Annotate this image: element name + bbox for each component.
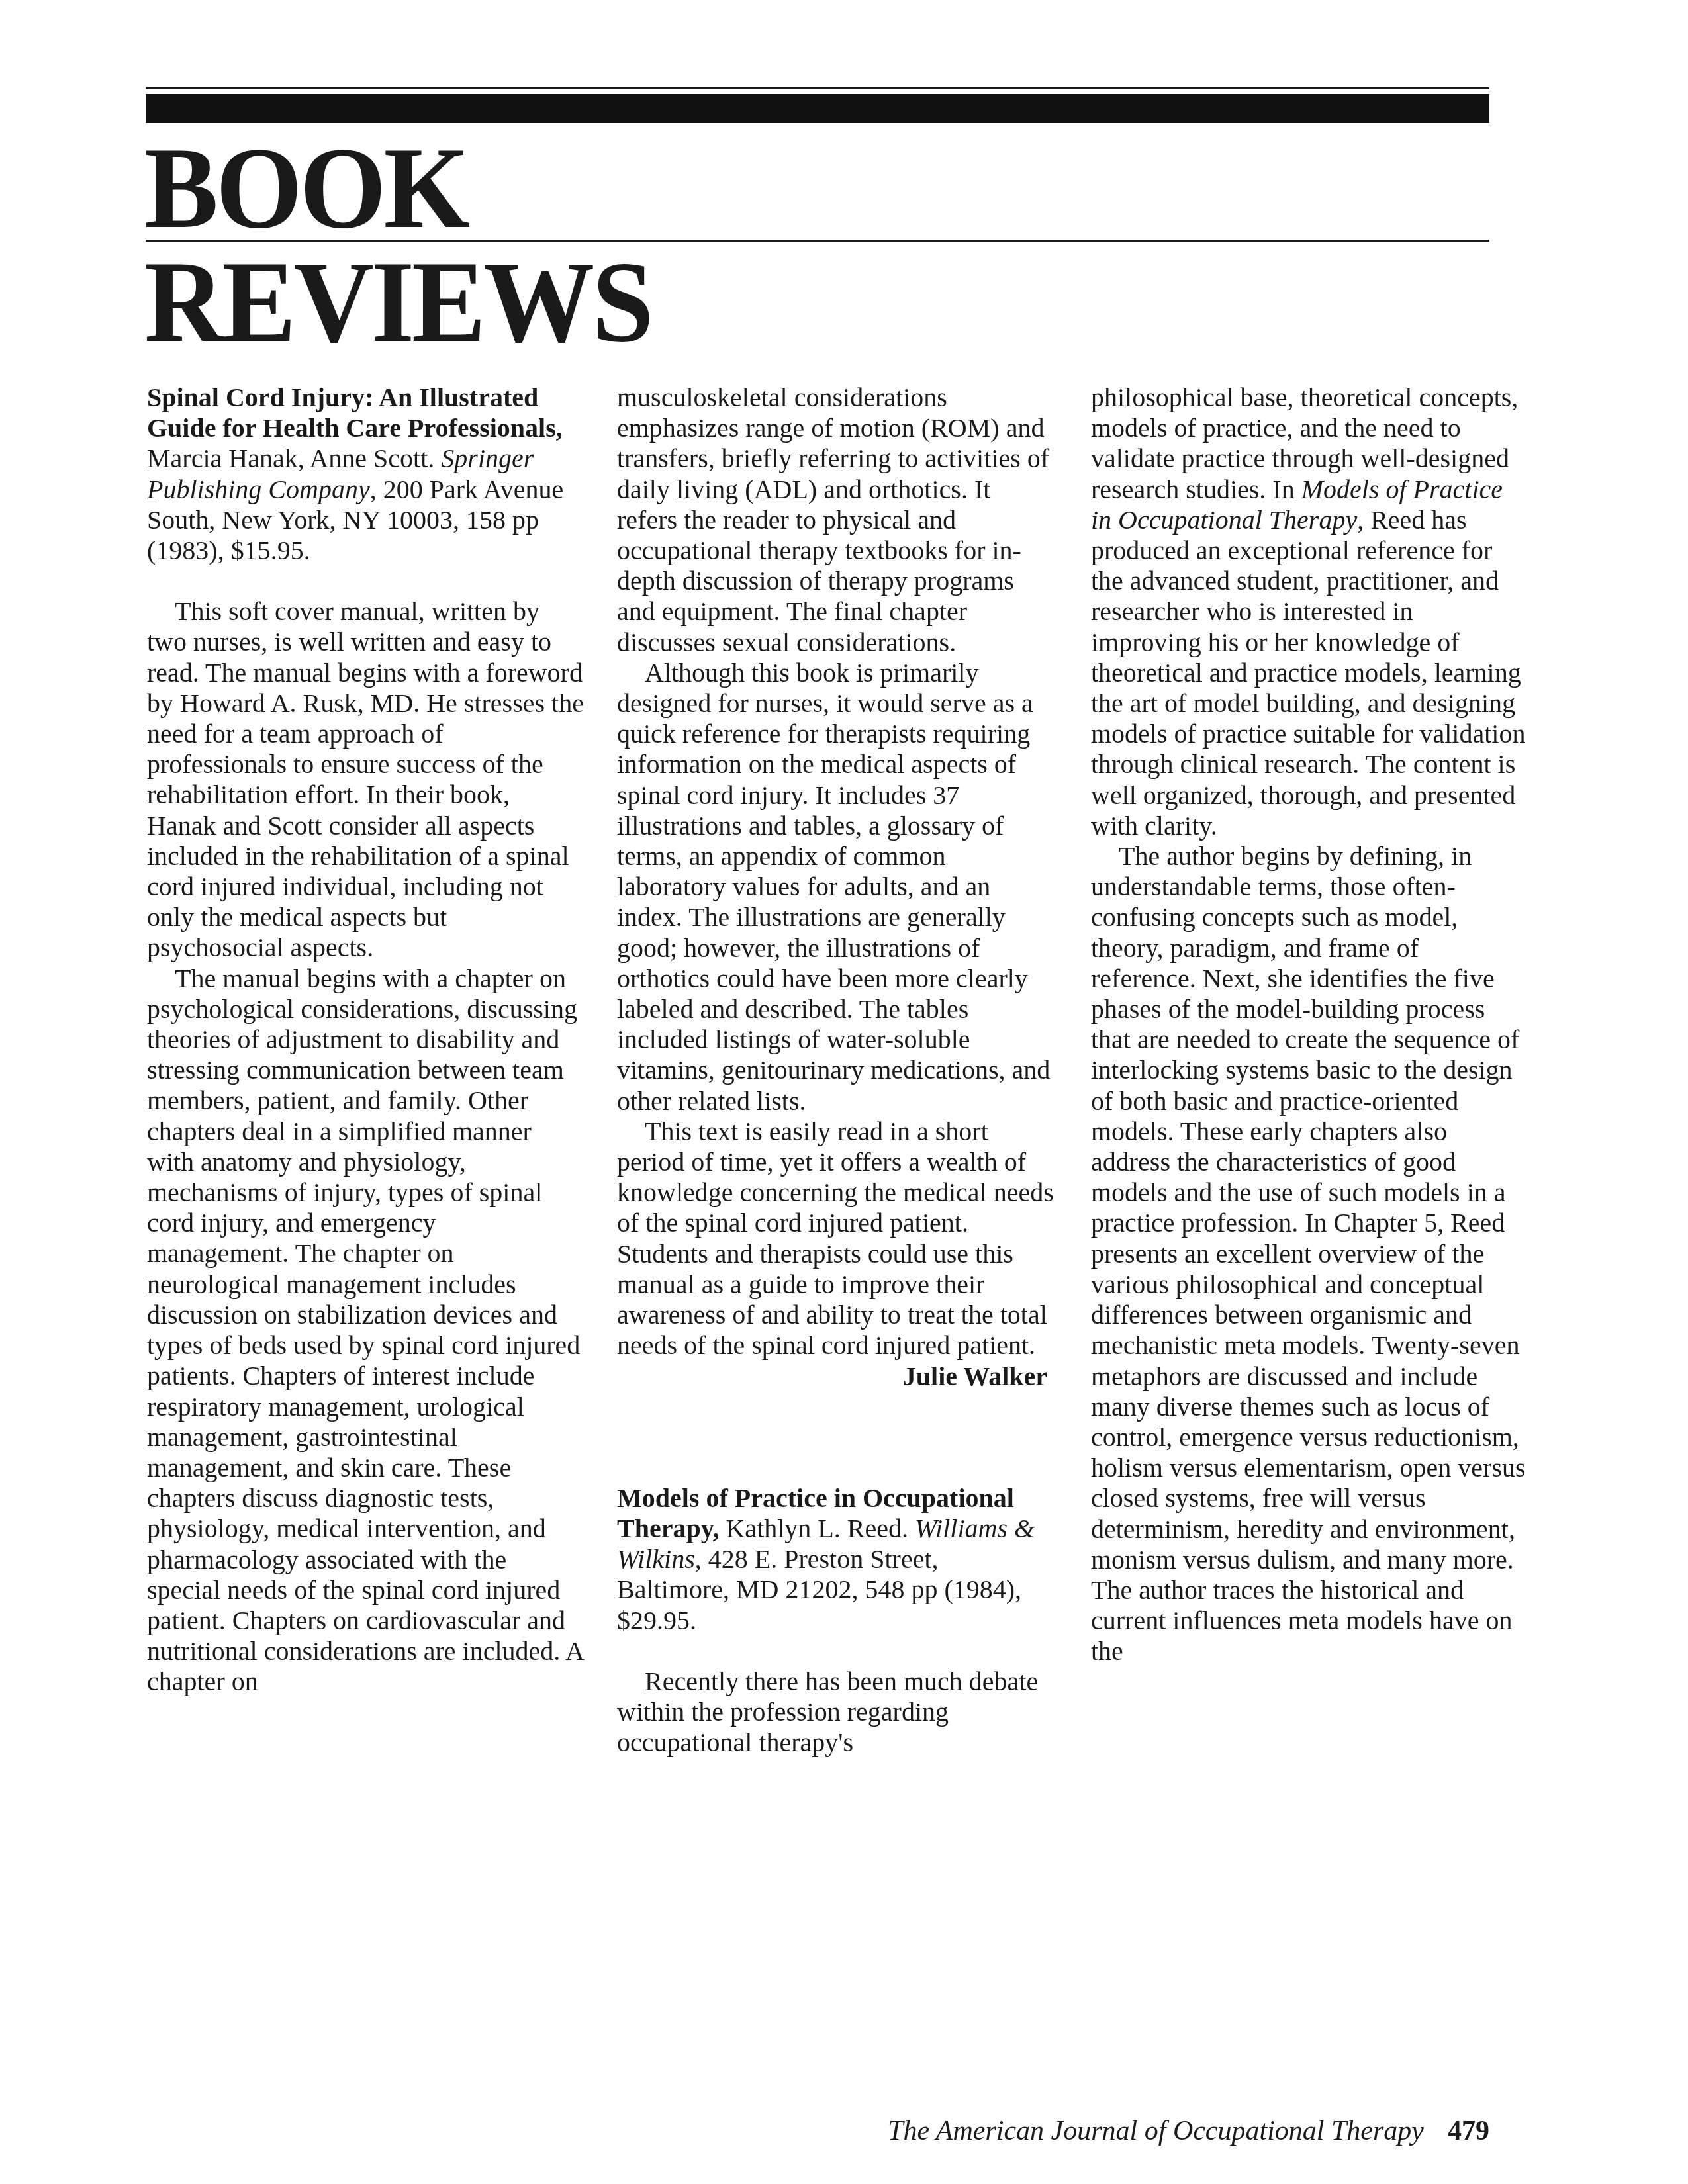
review-1-reviewer-name: Julie Walker (617, 1361, 1054, 1392)
page-footer: The American Journal of Occupational The… (888, 2115, 1489, 2147)
journal-name: The American Journal of Occupational The… (888, 2116, 1424, 2146)
review-separator-space (617, 1392, 1054, 1483)
top-thin-rule (146, 87, 1489, 89)
review-1-book-title: Spinal Cord Injury: An Illustrated Guide… (147, 383, 563, 443)
review-1-authors: Marcia Hanak, Anne Scott. (147, 443, 441, 473)
section-title-line2: REVIEWS (144, 244, 651, 360)
review-2-citation: Models of Practice in Occupational Thera… (617, 1483, 1054, 1636)
review-2-paragraph: The author begins by defining, in unders… (1091, 841, 1528, 1666)
page-number: 479 (1448, 2116, 1489, 2146)
review-1-paragraph: musculoskeletal considerations emphasize… (617, 383, 1054, 658)
review-2-text: , Reed has produced an exceptional refer… (1091, 505, 1525, 841)
column-3: philosophical base, theoretical concepts… (1091, 383, 1528, 1667)
review-2-authors: Kathlyn L. Reed. (719, 1514, 915, 1543)
top-thick-bar (146, 94, 1489, 123)
column-2: musculoskeletal considerations emphasize… (617, 383, 1054, 1758)
review-1-paragraph: This soft cover manual, written by two n… (147, 596, 584, 963)
review-2-paragraph: philosophical base, theoretical concepts… (1091, 383, 1528, 841)
section-title-line1: BOOK (144, 130, 467, 246)
review-2-paragraph: Recently there has been much debate with… (617, 1666, 1054, 1758)
review-1-paragraph: This text is easily read in a short peri… (617, 1116, 1054, 1361)
review-1-paragraph: The manual begins with a chapter on psyc… (147, 964, 584, 1698)
review-1-paragraph: Although this book is primarily designed… (617, 658, 1054, 1116)
review-1-citation: Spinal Cord Injury: An Illustrated Guide… (147, 383, 584, 566)
column-1: Spinal Cord Injury: An Illustrated Guide… (147, 383, 584, 1698)
